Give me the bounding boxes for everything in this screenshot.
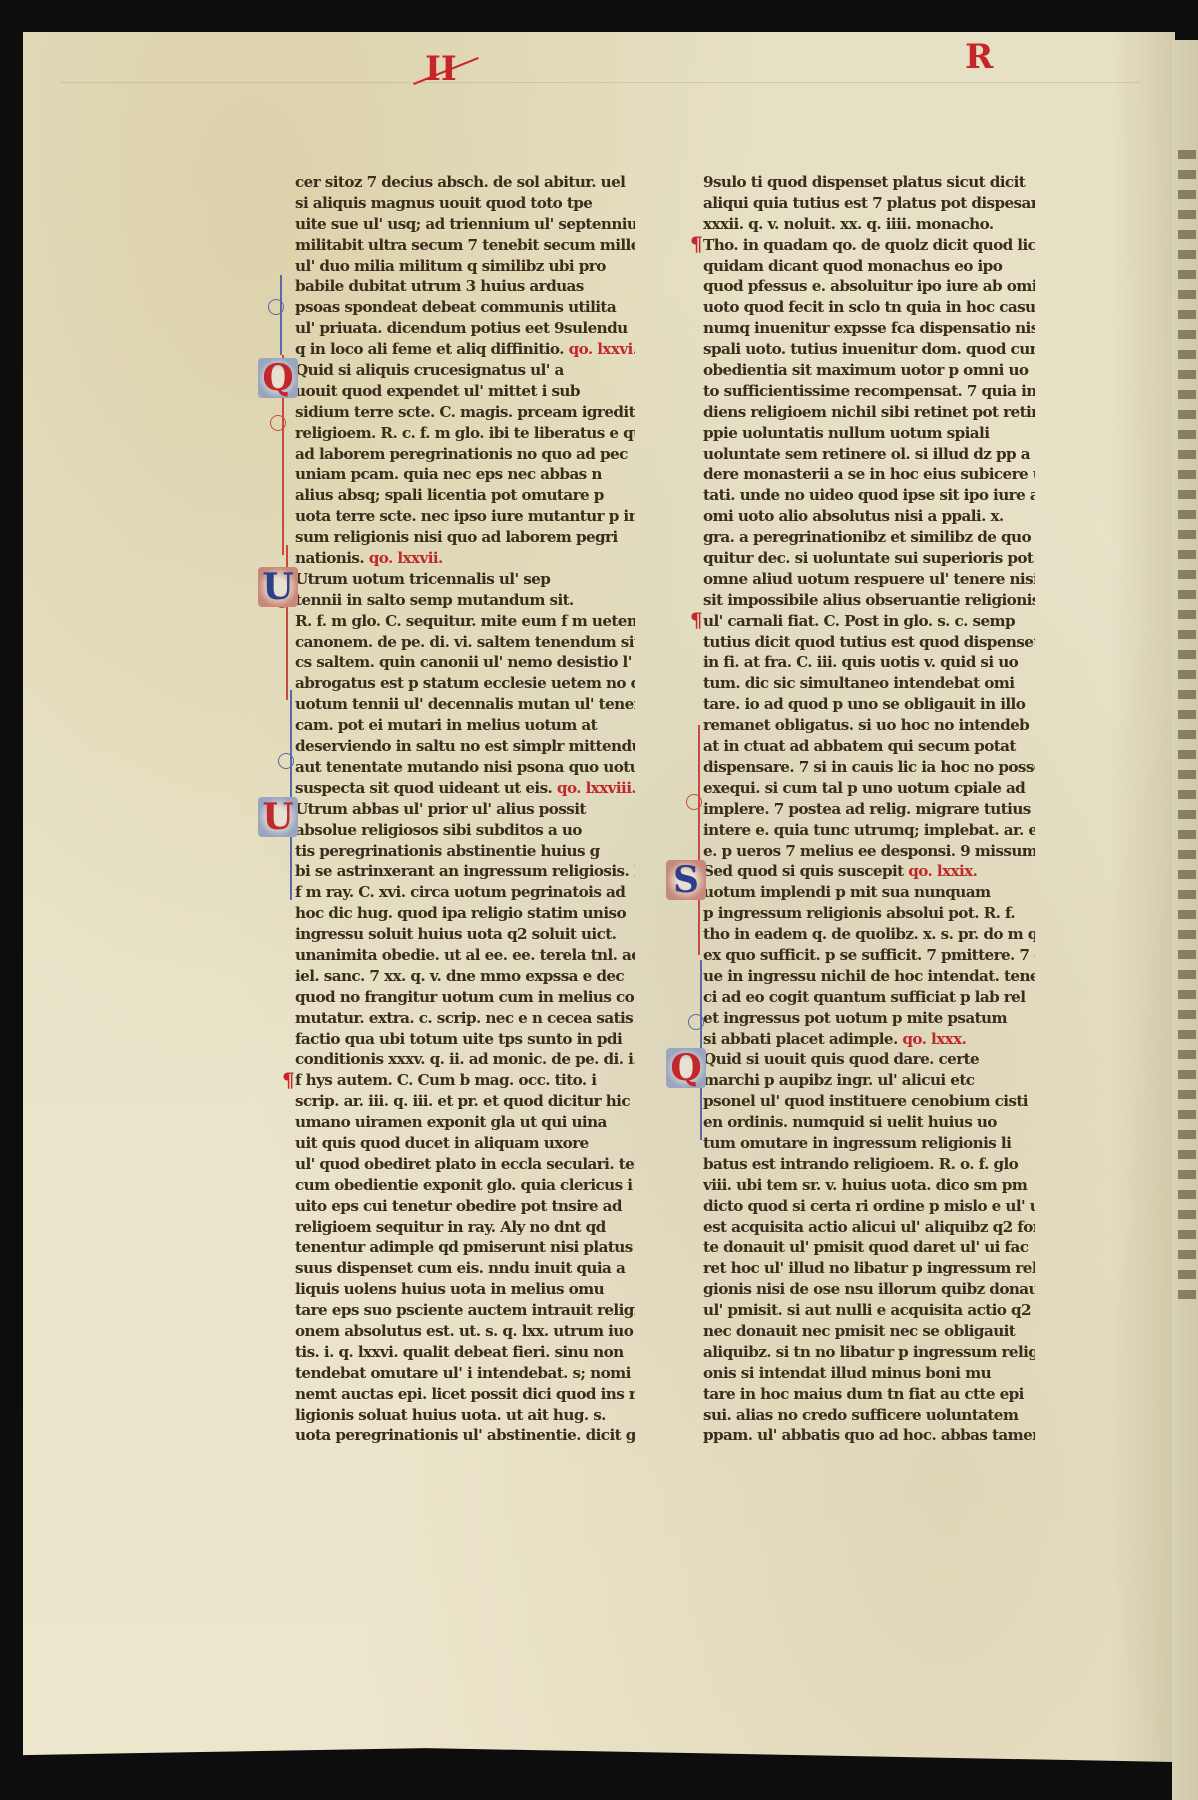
text-line: viii. ubi tem sr. v. huius uota. dico sm… [703, 1175, 1035, 1196]
text-line: quod pfessus e. absoluitur ipo iure ab o… [703, 276, 1035, 297]
text-line: ppam. ul' abbatis quo ad hoc. abbas tame… [703, 1425, 1035, 1446]
text-line: uota peregrinationis ul' abstinentie. di… [295, 1425, 635, 1446]
text-line: aut tenentate mutando nisi psona quo uot… [295, 757, 635, 778]
text-line: si aliquis magnus uouit quod toto tpe [295, 193, 635, 214]
text-line: tum. dic sic simultaneo intendebat omi [703, 673, 1035, 694]
text-line: dere monasterii a se in hoc eius subicer… [703, 464, 1035, 485]
text-line: tendebat omutare ul' i intendebat. s; no… [295, 1363, 635, 1384]
text-line: numq inuenitur expsse fca dispensatio ni… [703, 318, 1035, 339]
text-line: mutatur. extra. c. scrip. nec e n cecea … [295, 1008, 635, 1029]
text-line: uouit quod expendet ul' mittet i sub [295, 381, 635, 402]
text-line: religioem. R. c. f. m glo. ibi te libera… [295, 423, 635, 444]
text-line: sum religionis nisi quo ad laborem pegri [295, 527, 635, 548]
text-line: quitur dec. si uoluntate sui superioris … [703, 548, 1035, 569]
adjacent-page-text [1178, 150, 1196, 1300]
text-line: canonem. de pe. di. vi. saltem tenendum … [295, 632, 635, 653]
text-line: suus dispenset cum eis. nndu inuit quia … [295, 1258, 635, 1279]
paraph-mark: ¶ [282, 1068, 295, 1092]
text-line: tis peregrinationis abstinentie huius g [295, 841, 635, 862]
text-line: absolue religiosos sibi subditos a uo [295, 820, 635, 841]
text-line: bi se astrinxerant an ingressum religios… [295, 861, 635, 882]
text-line: tho in eadem q. de quolibz. x. s. pr. do… [703, 924, 1035, 945]
text-line: religioem sequitur in ray. Aly no dnt qd [295, 1217, 635, 1238]
paraph-mark: ¶ [690, 232, 703, 256]
text-line: quidam dicant quod monachus eo ipo [703, 256, 1035, 277]
text-line: ligionis soluat huius uota. ut ait hug. … [295, 1405, 635, 1426]
text-line: batus est intrando religioem. R. o. f. g… [703, 1154, 1035, 1175]
text-line: Quid si uouit quis quod dare. certe [703, 1049, 1035, 1070]
text-line: scrip. ar. iii. q. iii. et pr. et quod d… [295, 1091, 635, 1112]
text-line: omne aliud uotum respuere ul' tenere nis… [703, 569, 1035, 590]
text-line: uniam pcam. quia nec eps nec abbas n [295, 464, 635, 485]
text-line: cam. pot ei mutari in melius uotum at [295, 715, 635, 736]
text-line: aliquibz. si tn no libatur p ingressum r… [703, 1342, 1035, 1363]
text-line: obedientia sit maximum uotor p omni uo [703, 360, 1035, 381]
text-line: dicto quod si certa ri ordine p mislo e … [703, 1196, 1035, 1217]
text-line: psonel ul' quod instituere cenobium cist… [703, 1091, 1035, 1112]
running-head-left: II [425, 52, 457, 86]
text-line: Utrum abbas ul' prior ul' alius possit [295, 799, 635, 820]
text-line: omi uoto alio absolutus nisi a ppali. x. [703, 506, 1035, 527]
text-line: quod no frangitur uotum cum in melius co [295, 987, 635, 1008]
text-line: q in loco ali feme et aliq diffinitio. q… [295, 339, 635, 360]
decorated-initial: Q [666, 1048, 706, 1088]
text-line: in fi. at fra. C. iii. quis uotis v. qui… [703, 652, 1035, 673]
text-line: sidium terre scte. C. magis. prceam igre… [295, 402, 635, 423]
text-line: diens religioem nichil sibi retinet pot … [703, 402, 1035, 423]
text-column-right: 9sulo ti quod dispenset platus sicut dic… [703, 172, 1035, 1446]
text-line: iel. sanc. 7 xx. q. v. dne mmo expssa e … [295, 966, 635, 987]
text-line: est acquisita actio alicui ul' aliquibz … [703, 1217, 1035, 1238]
decorated-initial: U [258, 567, 298, 607]
text-line: marchi p aupibz ingr. ul' alicui etc [703, 1070, 1035, 1091]
rubric-question-number: qo. lxxvi. [569, 340, 635, 358]
text-line: abrogatus est p statum ecclesie uetem no… [295, 673, 635, 694]
text-line: R. f. m glo. C. sequitur. mite eum f m u… [295, 611, 635, 632]
text-line: tutius dicit quod tutius est quod dispen… [703, 632, 1035, 653]
text-line: te donauit ul' pmisit quod daret ul' ui … [703, 1237, 1035, 1258]
adjacent-page-edge [1172, 40, 1198, 1800]
text-line: exequi. si cum tal p uno uotum cpiale ad [703, 778, 1035, 799]
decorated-initial: U [258, 797, 298, 837]
text-line: f hys autem. C. Cum b mag. occ. tito. i [295, 1070, 635, 1091]
text-line: implere. 7 postea ad relig. migrare tuti… [703, 799, 1035, 820]
text-line: Quid si aliquis crucesignatus ul' a [295, 360, 635, 381]
text-line: factio qua ubi totum uite tps sunto in p… [295, 1029, 635, 1050]
text-line: cer sitoz 7 decius absch. de sol abitur.… [295, 172, 635, 193]
text-line: ul' carnali fiat. C. Post in glo. s. c. … [703, 611, 1035, 632]
text-line: f m ray. C. xvi. circa uotum pegrinatois… [295, 882, 635, 903]
text-line: umano uiramen exponit gla ut qui uina [295, 1112, 635, 1133]
text-line: ul' priuata. dicendum potius eet 9sulend… [295, 318, 635, 339]
text-line: uoluntate sem retinere ol. si illud dz p… [703, 444, 1035, 465]
text-line: sit impossibile alius obseruantie religi… [703, 590, 1035, 611]
running-head-right: R [965, 40, 993, 74]
text-line: suspecta sit quod uideant ut eis. qo. lx… [295, 778, 635, 799]
text-line: onem absolutus est. ut. s. q. lxx. utrum… [295, 1321, 635, 1342]
text-line: aliqui quia tutius est 7 platus pot disp… [703, 193, 1035, 214]
rubric-question-number: qo. lxxix. [908, 862, 977, 880]
text-line: cs saltem. quin canonii ul' nemo desisti… [295, 652, 635, 673]
text-line: nationis. qo. lxxvii. [295, 548, 635, 569]
rubric-question-number: qo. lxxx. [902, 1030, 966, 1048]
rubric-question-number: qo. lxxviii. [557, 779, 635, 797]
text-line: tare in hoc maius dum tn fiat au ctte ep… [703, 1384, 1035, 1405]
rubric-question-number: qo. lxxvii. [369, 549, 443, 567]
text-line: unanimita obedie. ut al ee. ee. terela t… [295, 945, 635, 966]
text-line: ul' pmisit. si aut nulli e acquisita act… [703, 1300, 1035, 1321]
text-line: alius absq; spali licentia pot omutare p [295, 485, 635, 506]
text-line: sui. alias no credo sufficere uoluntatem [703, 1405, 1035, 1426]
text-line: ex quo sufficit. p se sufficit. 7 pmitte… [703, 945, 1035, 966]
text-line: xxxii. q. v. noluit. xx. q. iiii. monach… [703, 214, 1035, 235]
text-line: uit quis quod ducet in aliquam uxore [295, 1133, 635, 1154]
text-line: Sed quod si quis suscepit qo. lxxix. [703, 861, 1035, 882]
decorated-initial: Q [258, 358, 298, 398]
text-line: si abbati placet adimple. qo. lxxx. [703, 1029, 1035, 1050]
text-line: uite sue ul' usq; ad triennium ul' septe… [295, 214, 635, 235]
text-line: ul' quod obediret plato in eccla secular… [295, 1154, 635, 1175]
text-line: tare. io ad quod p uno se obligauit in i… [703, 694, 1035, 715]
text-line: et ingressus pot uotum p mite psatum [703, 1008, 1035, 1029]
text-line: at in ctuat ad abbatem qui secum potat [703, 736, 1035, 757]
text-line: 9sulo ti quod dispenset platus sicut dic… [703, 172, 1035, 193]
text-line: ingressu soluit huius uota q2 soluit uic… [295, 924, 635, 945]
text-line: gionis nisi de ose nsu illorum quibz don… [703, 1279, 1035, 1300]
text-line: tenentur adimple qd pmiserunt nisi platu… [295, 1237, 635, 1258]
text-line: ul' duo milia militum q similibz ubi pro [295, 256, 635, 277]
text-line: psoas spondeat debeat communis utilita [295, 297, 635, 318]
text-line: uito eps cui tenetur obedire pot tnsire … [295, 1196, 635, 1217]
text-line: nec donauit nec pmisit nec se obligauit [703, 1321, 1035, 1342]
text-line: cum obedientie exponit glo. quia clericu… [295, 1175, 635, 1196]
text-line: spali uoto. tutius inuenitur dom. quod c… [703, 339, 1035, 360]
text-line: ue in ingressu nichil de hoc intendat. t… [703, 966, 1035, 987]
text-line: tis. i. q. lxxvi. qualit debeat fieri. s… [295, 1342, 635, 1363]
text-line: ad laborem peregrinationis no quo ad pec [295, 444, 635, 465]
text-line: intere e. quia tunc utrumq; implebat. ar… [703, 820, 1035, 841]
text-line: liquis uolens huius uota in melius omu [295, 1279, 635, 1300]
text-line: deserviendo in saltu no est simplr mitte… [295, 736, 635, 757]
page-gutter-shadow [1110, 32, 1175, 1762]
text-line: uota terre scte. nec ipso iure mutantur … [295, 506, 635, 527]
text-line: Utrum uotum tricennalis ul' sep [295, 569, 635, 590]
text-line: Tho. in quadam qo. de quolz dicit quod l… [703, 235, 1035, 256]
text-line: e. p ueros 7 melius ee desponsi. 9 missu… [703, 841, 1035, 862]
text-line: conditionis xxxv. q. ii. ad monic. de pe… [295, 1049, 635, 1070]
text-line: remanet obligatus. si uo hoc no intendeb [703, 715, 1035, 736]
paraph-mark: ¶ [690, 608, 703, 632]
ruling-line [60, 82, 1140, 83]
text-line: tare eps suo psciente auctem intrauit re… [295, 1300, 635, 1321]
text-line: dispensare. 7 si in cauis lic ia hoc no … [703, 757, 1035, 778]
text-line: ppie uoluntatis nullum uotum spiali [703, 423, 1035, 444]
flourish-decoration [280, 275, 290, 355]
text-line: ci ad eo cogit quantum sufficiat p lab r… [703, 987, 1035, 1008]
decorated-initial: S [666, 860, 706, 900]
text-line: militabit ultra secum 7 tenebit secum mi… [295, 235, 635, 256]
text-line: tennii in salto semp mutandum sit. [295, 590, 635, 611]
text-line: uotum implendi p mit sua nunquam [703, 882, 1035, 903]
text-line: gra. a peregrinationibz et similibz de q… [703, 527, 1035, 548]
text-line: nemt auctas epi. licet possit dici quod … [295, 1384, 635, 1405]
text-line: babile dubitat utrum 3 huius arduas [295, 276, 635, 297]
text-line: tum omutare in ingressum religionis li [703, 1133, 1035, 1154]
text-column-left: cer sitoz 7 decius absch. de sol abitur.… [295, 172, 635, 1446]
text-line: to sufficientissime recompensat. 7 quia … [703, 381, 1035, 402]
text-line: uotum tennii ul' decennalis mutan ul' te… [295, 694, 635, 715]
text-line: hoc dic hug. quod ipa religio statim uni… [295, 903, 635, 924]
text-line: en ordinis. numquid si uelit huius uo [703, 1112, 1035, 1133]
text-line: tati. unde no uideo quod ipse sit ipo iu… [703, 485, 1035, 506]
text-line: onis si intendat illud minus boni mu [703, 1363, 1035, 1384]
text-line: ret hoc ul' illud no libatur p ingressum… [703, 1258, 1035, 1279]
text-line: uoto quod fecit in sclo tn quia in hoc c… [703, 297, 1035, 318]
text-line: p ingressum religionis absolui pot. R. f… [703, 903, 1035, 924]
